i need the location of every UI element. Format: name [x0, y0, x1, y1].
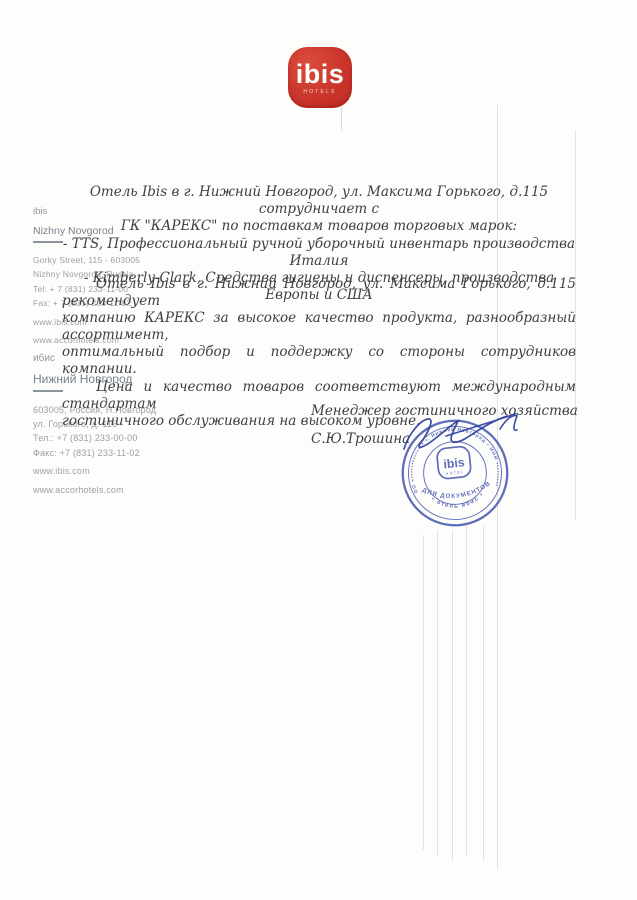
letter-line: оптимальный подбор и поддержку со сторон…: [62, 344, 576, 378]
sidebar-ru-fax-line: Факс: +7 (831) 233-11-02: [33, 446, 156, 460]
letter-line: Отель Ibis в г. Нижний Новгород, ул. Мак…: [62, 276, 576, 310]
ibis-logo-text: ibis: [296, 62, 345, 86]
letter-line: Отель Ibis в г. Нижний Новгород, ул. Мак…: [62, 184, 576, 218]
stamp-center-sub: HOTEL: [445, 470, 464, 476]
scan-artifact-line: [452, 530, 453, 860]
scan-artifact-line: [466, 525, 467, 855]
sidebar-underline: [33, 241, 63, 243]
sidebar-ru-website: www.accorhotels.com: [33, 483, 156, 497]
sidebar-underline: [33, 390, 63, 392]
handwritten-signature: [396, 405, 528, 459]
letter-line: ГК "КАРЕКС" по поставкам товаров торговы…: [62, 218, 576, 235]
sidebar-ru-website: www.ibis.com: [33, 464, 156, 478]
ibis-logo: ibis HOTELS: [288, 47, 352, 108]
scan-artifact-line: [437, 530, 438, 855]
scan-artifact-line: [341, 107, 342, 130]
scanned-letter-page: ibis HOTELS ibis Nizhny Novgorod Gorky S…: [0, 0, 637, 900]
scan-artifact-line: [483, 525, 484, 860]
letter-line: компанию КАРЕКС за высокое качество прод…: [62, 310, 576, 344]
sidebar-ru-phone-line: Тел.: +7 (831) 233-00-00: [33, 431, 156, 445]
ibis-logo-hotels-text: HOTELS: [303, 89, 336, 95]
scan-artifact-line: [423, 535, 424, 850]
letter-line-bullet-tts: - TTS, Профессиональный ручной уборочный…: [62, 236, 576, 270]
